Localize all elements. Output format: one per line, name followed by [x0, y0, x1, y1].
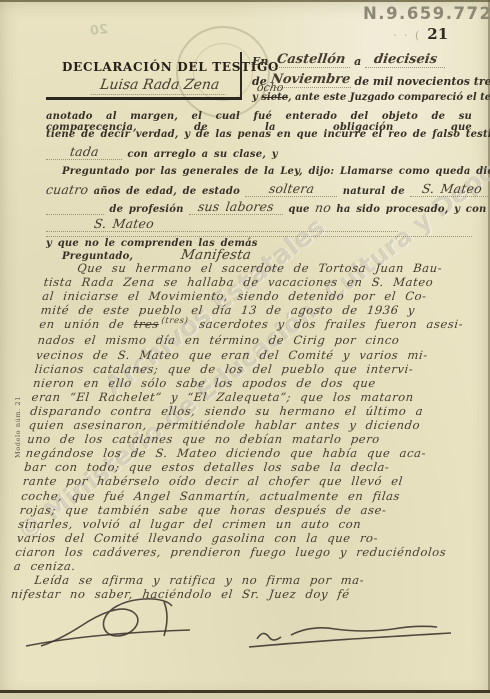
generales-line-2: cuatro años de edad, de estado soltera n… — [46, 184, 472, 197]
handwritten-line: sinarles, volvió al lugar del crimen un … — [18, 517, 449, 531]
intro-line-3-printed: con arreglo a su clase, y — [127, 149, 277, 160]
interlinear-note: (tres) — [161, 316, 189, 326]
generales-question-3: natural de — [343, 186, 405, 197]
estado-fill: soltera — [245, 184, 337, 197]
bleedthrough-page-number: 20 — [89, 22, 109, 39]
scanned-declaration-page: Archivos Estatales © Ministerio de Educa… — [0, 0, 490, 699]
handwritten-line: varios del Comité llevando gasolina con … — [16, 531, 447, 545]
generales-question-4: de profesión — [109, 204, 183, 215]
generales-question-5: que — [288, 204, 309, 215]
handwritten-line: negándose los de S. Mateo diciendo que h… — [25, 446, 456, 460]
printed-compareció-text: , ante este Juzgado compareció el testig… — [288, 92, 490, 103]
generales-question-2: años de edad, de estado — [94, 186, 240, 197]
scan-background-strip — [0, 693, 490, 699]
witness-judge-rubric-signature — [22, 592, 197, 654]
intro-line-2-printed: tiene de decir verdad, y de las penas en… — [46, 129, 490, 140]
handwritten-body: Que su hermano el sacerdote de Tortosa J… — [10, 261, 476, 601]
manifesta-handwritten: Manifesta — [180, 250, 251, 260]
secretary-rubric-signature — [243, 607, 458, 653]
title-box-bottom-rule — [46, 97, 242, 100]
generales-line-4: S. Mateo — [46, 219, 472, 232]
handwritten-line: nados el mismo día en término de Cirig p… — [37, 333, 468, 347]
struck-year-word: siete — [261, 92, 288, 103]
printed-en: En — [252, 55, 268, 68]
generales-question-1: Preguntado por las generales de la Ley, … — [62, 166, 490, 177]
folio-faint-marks: · · ( — [393, 29, 421, 42]
generales-line-1: Preguntado por las generales de la Ley, … — [62, 166, 472, 177]
natural-handwritten: S. Mateo — [422, 184, 483, 194]
handwritten-line: ciaron los cadáveres, prendieron fuego l… — [15, 545, 446, 559]
handwritten-line: Que su hermano el sacerdote de Tortosa J… — [45, 261, 476, 275]
handwritten-line: al iniciarse el Movimiento, siendo deten… — [42, 289, 473, 303]
date-row-month: de Noviembre de mil novecientos treinta — [252, 72, 482, 88]
folio-number: 21 — [427, 25, 448, 43]
domicilio-fill: S. Mateo — [46, 219, 398, 232]
handwritten-line: coche, que fué Angel Sanmartín, actualme… — [21, 489, 452, 503]
natural-fill: S. Mateo — [410, 184, 490, 197]
generales-line-5: y que no le comprenden las demás — [46, 238, 472, 249]
day-fill: dieciseis — [365, 52, 445, 68]
estado-handwritten: soltera — [268, 184, 315, 194]
handwritten-line: eran “El Rachelet” y “El Zalequeta”; que… — [31, 390, 462, 404]
dotted-rule — [46, 236, 472, 237]
printed-y: y — [252, 92, 258, 103]
sworn-handwritten-2: tada — [69, 147, 99, 157]
domicilio-handwritten: S. Mateo — [93, 219, 154, 229]
date-row-place: En Castellón a dieciseis — [252, 52, 482, 68]
handwritten-line: disparando contra ellos, siendo su herma… — [29, 404, 460, 418]
handwritten-line: vecinos de S. Mateo que eran del Comité … — [35, 348, 466, 362]
printed-a: a — [354, 55, 361, 68]
handwritten-line: mité de este pueblo el día 13 de agosto … — [40, 303, 471, 317]
profesion-handwritten: sus labores — [197, 202, 274, 212]
empty-leader-fill — [46, 214, 104, 215]
handwritten-line: en unión de tres(tres) sacerdotes y dos … — [38, 317, 470, 333]
intro-line-3: tada con arreglo a su clase, y — [46, 147, 472, 160]
sworn-fill: tada — [46, 147, 122, 160]
title-box-right-rule — [240, 52, 242, 99]
registry-stamp-number: N.9.659.772 — [363, 4, 490, 23]
day-handwritten: dieciseis — [372, 52, 437, 67]
procesado-handwritten: no — [314, 203, 331, 213]
age-handwritten-2: cuatro — [45, 185, 89, 195]
place-fill: Castellón — [272, 52, 350, 68]
handwritten-line: tista Rada Zena se hallaba de vacaciones… — [43, 275, 474, 289]
handwritten-line: uno de los catalanes que no debían matar… — [27, 432, 458, 446]
page-top-edge — [0, 0, 490, 2]
date-row-year: y siete, ante este Juzgado compareció el… — [252, 92, 482, 103]
handwritten-line: a ceniza. — [13, 559, 444, 573]
printed-year-text: de mil novecientos treinta — [354, 75, 490, 88]
handwritten-line: rojas; que también sabe que horas despué… — [19, 503, 450, 517]
struck-word: tres — [133, 317, 160, 331]
handwritten-line: rante por habérselo oído decir al chofer… — [22, 474, 453, 488]
witness-name-handwritten: Luisa Rada Zena — [91, 77, 229, 95]
handwritten-line: Leída se afirma y ratifica y no firma po… — [12, 573, 443, 587]
form-title: DECLARACIÓN DEL TESTIGO — [62, 60, 279, 74]
generales-question-6: ha sido procesado, y con domicilio en — [336, 204, 490, 215]
folio-mark: · · (21 — [393, 25, 448, 43]
generales-line-3: de profesión sus labores que no ha sido … — [46, 202, 472, 215]
profesion-fill: sus labores — [189, 202, 283, 215]
handwritten-line: nieron en ello sólo sabe los apodos de d… — [32, 376, 463, 390]
handwritten-line: bar con todo; que estos detalles los sab… — [24, 460, 455, 474]
intro-line-2: tiene de decir verdad, y de las penas en… — [46, 129, 472, 140]
place-handwritten: Castellón — [276, 52, 346, 67]
handwritten-line: licianos catalanes; que de los del puebl… — [34, 362, 465, 376]
handwritten-line: quien asesinaron, permitiéndole hablar a… — [28, 418, 459, 432]
form-model-label: Modelo núm. 21 — [14, 396, 22, 458]
